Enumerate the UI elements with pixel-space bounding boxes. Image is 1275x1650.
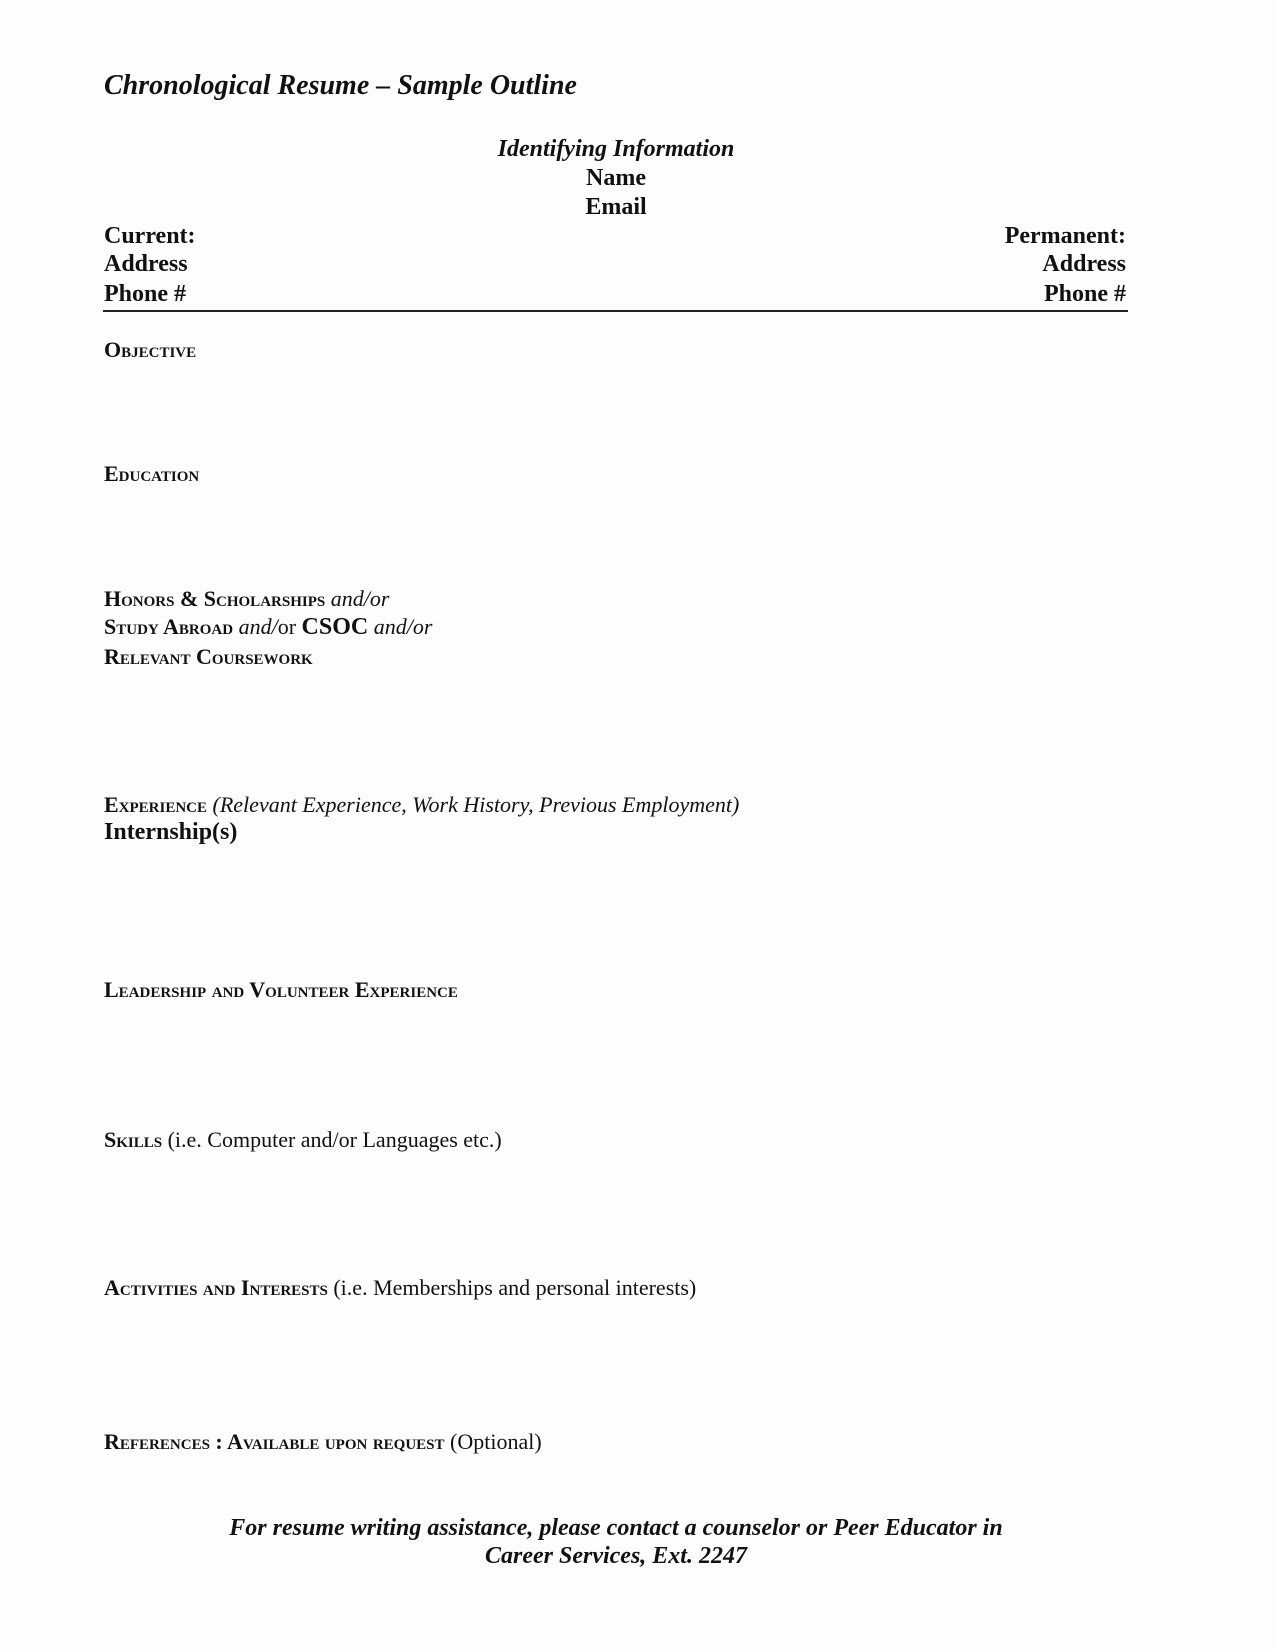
section-relevant-coursework: Relevant Coursework (104, 644, 313, 670)
references-note: (Optional) (445, 1429, 542, 1454)
study-abroad-heading: Study Abroad (104, 614, 233, 639)
experience-heading: Experience (104, 792, 207, 817)
section-honors: Honors & Scholarships and/or (104, 586, 389, 612)
section-skills: Skills (i.e. Computer and/or Languages e… (104, 1127, 502, 1153)
study-or: or (278, 614, 302, 639)
permanent-phone: Phone # (1044, 281, 1126, 308)
permanent-label: Permanent: (1005, 223, 1126, 250)
section-references: References : Available upon request (Opt… (104, 1429, 542, 1455)
current-address: Address (104, 251, 188, 278)
skills-heading: Skills (104, 1127, 162, 1152)
permanent-address: Address (1042, 251, 1126, 278)
footer-line-2: Career Services, Ext. 2247 (0, 1543, 1232, 1570)
current-label: Current: (104, 223, 196, 250)
honors-heading: Honors & Scholarships (104, 586, 325, 611)
footer-line-1: For resume writing assistance, please co… (0, 1515, 1232, 1542)
section-study-abroad: Study Abroad and/or CSOC and/or (104, 614, 432, 641)
header-divider (103, 310, 1128, 312)
document-title: Chronological Resume – Sample Outline (104, 70, 577, 102)
csoc-conj: and/or (368, 614, 432, 639)
skills-note: (i.e. Computer and/or Languages etc.) (162, 1127, 502, 1152)
experience-note: (Relevant Experience, Work History, Prev… (207, 792, 739, 817)
references-heading: References : Available upon request (104, 1429, 445, 1454)
csoc-heading: CSOC (302, 614, 369, 640)
name-placeholder: Name (0, 165, 1232, 192)
section-leadership: Leadership and Volunteer Experience (104, 977, 458, 1003)
honors-conj: and/or (325, 586, 389, 611)
study-conj: and/ (233, 614, 278, 639)
section-experience: Experience (Relevant Experience, Work Hi… (104, 792, 739, 818)
email-placeholder: Email (0, 194, 1232, 221)
section-objective: Objective (104, 337, 196, 363)
section-activities: Activities and Interests (i.e. Membershi… (104, 1275, 696, 1301)
identifying-info-heading: Identifying Information (0, 136, 1232, 163)
section-education: Education (104, 461, 199, 487)
activities-heading: Activities and Interests (104, 1275, 328, 1300)
internships-subheading: Internship(s) (104, 819, 237, 846)
current-phone: Phone # (104, 281, 186, 308)
activities-note: (i.e. Memberships and personal interests… (328, 1275, 696, 1300)
